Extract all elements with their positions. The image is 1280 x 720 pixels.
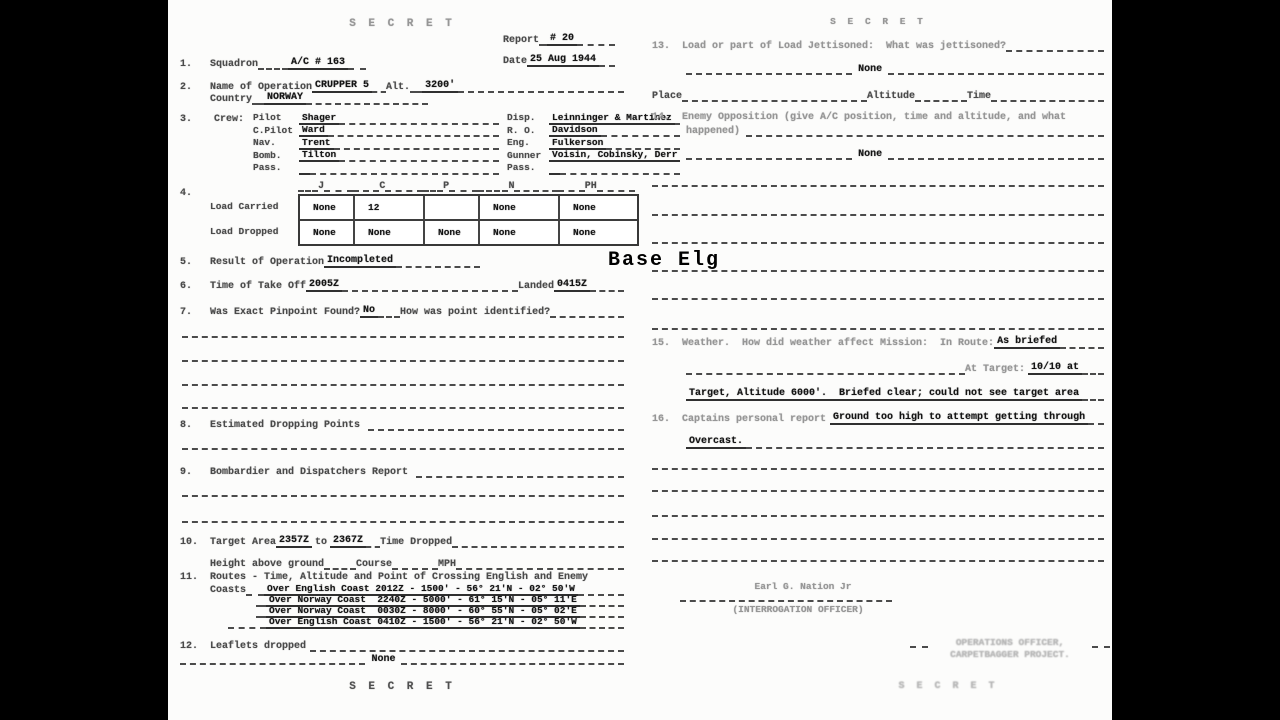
ruled-line [423,187,443,192]
field-target-area: 10. Target Area 2357Z to 2367Z Time Drop… [180,535,624,548]
ruled-line [368,426,624,431]
mission-report-form: S E C R E T S E C R E T Report # 20 Date… [168,0,1112,720]
signature-line [680,589,892,602]
blank-ruled-line [652,457,1104,470]
column-header: PH [585,181,597,192]
crew-name-cell: Trent [299,137,507,150]
ruled-line [1088,420,1104,425]
identified-label: How was point identified? [400,307,550,318]
ruled-line [182,492,624,497]
ruled-line [746,132,1104,137]
field-number: 15. [652,338,682,349]
result-value: Incompleted [324,255,396,268]
operations-officer-unit: CARPETBAGGER PROJECT. [910,649,1110,660]
ruled-line [680,597,892,602]
ruled-line [652,182,1104,187]
bombardier-label: Bombardier and Dispatchers Report [210,467,408,478]
crew-name: Trent [299,137,334,150]
routes-label: Routes - Time, Altitude and Point of Cro… [210,572,588,583]
crew-name-cell [299,162,507,175]
ruled-line [558,187,585,192]
jettisoned-none-line: None [686,62,1104,75]
field-result: 5. Result of Operation Incompleted [180,255,480,268]
country-label: Country [210,94,252,105]
crew-name: Shager [299,112,339,125]
field-dropping-points: 8. Estimated Dropping Points [180,418,624,431]
spacer [180,94,210,105]
at-target-value: 10/10 at [1028,362,1082,375]
jettisoned-value: None [852,64,888,75]
enemy-opposition-value: None [852,149,888,160]
ruled-line [888,155,1104,160]
field-routes: 11. Routes - Time, Altitude and Point of… [180,571,624,583]
ruled-line [514,187,558,192]
ruled-line [991,97,1104,102]
crew-name: Ward [299,124,328,137]
ruled-line [458,88,624,93]
field-number: 1. [180,59,210,70]
load-dropped-cell: None [300,221,355,244]
field-captains-report: 16. Captains personal report Ground too … [652,412,1104,425]
crew-table: Pilot Shager Disp. Leinninger & Martinez… [253,112,623,175]
ruled-line [539,41,547,46]
classification-top-left: S E C R E T [180,18,624,30]
field-number: 9. [180,467,210,478]
report-number-row: Report # 20 [503,33,615,46]
captains-report-label: Captains personal report [682,414,830,425]
field-number: 11. [180,572,210,583]
field-number: 6. [180,281,210,292]
ruled-line [182,445,624,450]
field-number: 5. [180,257,210,268]
blank-ruled-line [182,349,624,362]
time-label: Time [967,91,991,102]
load-dropped-cell: None [425,221,480,244]
load-carried-cell: None [560,196,637,221]
crew-name: Voisin, Cobinsky, Derr [549,149,680,162]
field-bombardier-report: 9. Bombardier and Dispatchers Report [180,465,624,478]
ruled-line [348,65,366,70]
blank-ruled-line [652,527,1104,540]
load-carried-cell: None [480,196,560,221]
crew-name [549,173,560,175]
route-line: Over English Coast 0410Z - 1500' - 56° 2… [228,617,624,629]
mph-label: MPH [438,559,456,570]
ruled-line [182,381,624,386]
field-jettisoned: 13. Load or part of Load Jettisoned: Wha… [652,39,1104,52]
load-carried-cell [425,196,480,221]
result-label: Result of Operation [210,257,324,268]
load-carried-label: Load Carried [210,201,278,212]
blank-ruled-line [182,325,624,338]
crew-name-cell [549,162,688,175]
blank-ruled-line [182,510,624,523]
ruled-line [686,70,852,75]
load-table-header: J C P N PH [298,180,635,192]
operations-officer-line: OPERATIONS OFFICER, [910,636,1110,648]
field-squadron: 1. Squadron A/C # 163 [180,57,410,70]
ruled-line [378,313,400,318]
ruled-line [1006,47,1104,52]
ruled-line [416,473,624,478]
load-carried-cell: None [300,196,355,221]
crew-name-cell: Voisin, Cobinsky, Derr [549,150,688,163]
ruled-line [180,660,365,665]
ruled-line [456,565,624,570]
field-weather: 15. Weather. How did weather affect Miss… [652,336,1104,349]
takeoff-label: Time of Take Off [210,281,306,292]
blank-ruled-line [652,203,1104,216]
course-label: Course [356,559,392,570]
classification-top-right: S E C R E T [652,16,1104,27]
crew-role: Disp. [507,112,549,125]
field-pinpoint: 7. Was Exact Pinpoint Found? No How was … [180,305,624,318]
crew-role: C.Pilot [253,125,299,138]
ruled-line [1082,396,1104,401]
ruled-line [324,187,353,192]
ruled-line [1082,370,1104,375]
ruled-line [478,187,508,192]
ruled-line [1060,344,1104,349]
squadron-value: A/C # 163 [288,57,348,70]
enemy-opposition-label: Enemy Opposition (give A/C position, tim… [682,112,1066,123]
ruled-line [888,70,1104,75]
ruled-line [353,187,379,192]
load-carried-cell: 12 [355,196,425,221]
field-number: 4. [180,188,192,199]
leaflets-label: Leaflets dropped [210,641,306,652]
happened-label: happened) [686,126,740,137]
crew-name: Davidson [549,124,601,137]
field-height-course: Height above ground Course MPH [210,557,624,570]
blank-ruled-line [652,317,1104,330]
crew-role: Pass. [253,162,299,175]
field-number: 8. [180,420,210,431]
ruled-line [652,239,1104,244]
field-number: 12. [180,641,210,652]
field-number: 10. [180,537,210,548]
target-condition-value: Target, Altitude 6000'. Briefed clear; c… [686,388,1082,401]
ruled-line [182,518,624,523]
scan-background: S E C R E T S E C R E T Report # 20 Date… [0,0,1280,720]
load-dropped-cell: None [355,221,425,244]
ruled-line [310,170,499,175]
crew-name [299,173,310,175]
crew-name-cell: Tilton [299,150,507,163]
interrogation-officer-title: (INTERROGATION OFFICER) [703,604,893,615]
ruled-line [597,187,635,192]
field-number: 3. [180,114,192,125]
landed-label: Landed [518,281,554,292]
ruled-line [599,62,615,67]
crew-role: Pass. [507,162,549,175]
weather-at-target-line: At Target: 10/10 at [686,362,1104,375]
captains-report-value: Ground too high to attempt getting throu… [830,412,1088,425]
crew-name-cell: Shager [299,112,507,125]
time-dropped-label: Time Dropped [380,537,452,548]
ruled-line [396,263,480,268]
to-label: to [315,537,327,548]
squadron-label: Squadron [210,59,258,70]
pinpoint-label: Was Exact Pinpoint Found? [210,307,360,318]
field-number: 7. [180,307,210,318]
enemy-none-line: None [686,147,1104,160]
ruled-line [746,444,1104,449]
field-enemy-opposition-cont: happened) [686,124,1104,137]
in-route-value: As briefed [994,336,1060,349]
ruled-line [452,543,624,548]
load-dropped-label: Load Dropped [210,226,278,237]
blank-ruled-line [652,549,1104,562]
crew-role: Pilot [253,112,299,125]
crew-label: Crew: [214,114,244,125]
target-from-value: 2357Z [276,535,312,548]
ruled-line [306,100,428,105]
ruled-line [652,487,1104,492]
ruled-line [686,155,852,160]
crew-role: Gunner [507,150,549,163]
landed-value: 0415Z [554,279,590,292]
coasts-label: Coasts [210,585,246,596]
blank-ruled-line [182,373,624,386]
ruled-line [910,643,928,648]
field-number: 16. [652,414,682,425]
ruled-line [652,512,1104,517]
ruled-line [652,465,1104,470]
dropping-points-label: Estimated Dropping Points [210,420,360,431]
ruled-line [682,97,867,102]
date-value: 25 Aug 1944 [527,54,599,67]
ruled-line [915,97,967,102]
weather-target-line: Target, Altitude 6000'. Briefed clear; c… [686,388,1104,401]
field-place-altitude-time: Place Altitude Time [652,89,1104,102]
height-label: Height above ground [210,559,324,570]
ruled-line [652,211,1104,216]
ruled-line [401,660,624,665]
blank-ruled-line [182,396,624,409]
blank-ruled-line [182,484,624,497]
ruled-line [449,187,478,192]
ruled-line [182,404,624,409]
load-dropped-cell: None [480,221,560,244]
ruled-line [324,565,356,570]
captains-report-cont: Overcast. [686,436,1104,449]
ruled-line [652,557,1104,562]
leaflets-value: None [365,654,401,665]
ruled-line [580,624,624,629]
ruled-line [652,325,1104,330]
crew-name: Tilton [299,149,339,162]
ruled-line [182,333,624,338]
captains-report-value2: Overcast. [686,436,746,449]
field-country: Country NORWAY [180,92,428,105]
ruled-line [342,287,518,292]
ruled-line [1092,643,1110,648]
base-annotation: Base Elg [608,249,720,272]
ruled-line [228,624,266,629]
blank-ruled-line [652,174,1104,187]
route-entry: Over English Coast 0410Z - 1500' - 56° 2… [266,616,580,629]
field-number: 14. [652,112,682,123]
crew-role: Bomb. [253,150,299,163]
ruled-line [298,187,318,192]
ruled-line [385,187,423,192]
crew-name-cell: Fulkerson [549,137,688,150]
blank-ruled-line [182,437,624,450]
crew-name-cell: Davidson [549,125,688,138]
ruled-line [252,100,264,105]
country-value: NORWAY [264,92,306,105]
crew-name: Fulkerson [549,137,606,150]
blank-ruled-line [652,287,1104,300]
takeoff-value: 2005Z [306,279,342,292]
ruled-line [366,543,380,548]
ruled-line [182,357,624,362]
classification-bottom-right: S E C R E T [808,681,1088,692]
field-number: 13. [652,41,682,52]
at-target-label: At Target: [965,364,1028,375]
classification-bottom-left: S E C R E T [180,681,624,693]
load-dropped-cell: None [560,221,637,244]
crew-name-cell: Ward [299,125,507,138]
ruled-line [550,313,624,318]
ruled-line [590,287,624,292]
report-number: # 20 [547,33,577,46]
ruled-line [652,295,1104,300]
target-area-label: Target Area [210,537,276,548]
field-enemy-opposition: 14. Enemy Opposition (give A/C position,… [652,111,1104,123]
load-table: None 12 None None None None None None No… [298,194,639,246]
weather-label: Weather. How did weather affect Mission:… [682,338,994,349]
ruled-line [652,535,1104,540]
date-label: Date [503,56,527,67]
ruled-line [258,65,288,70]
operations-officer-label: OPERATIONS OFFICER, [928,637,1092,648]
report-label: Report [503,35,539,46]
crew-role: R. O. [507,125,549,138]
ruled-line [577,41,615,46]
field-leaflets: 12. Leaflets dropped [180,639,624,652]
blank-ruled-line [652,504,1104,517]
report-date-row: Date 25 Aug 1944 [503,54,615,67]
ruled-line [686,370,965,375]
ruled-line [392,565,438,570]
leaflets-none-line: None [180,652,624,665]
field-takeoff: 6. Time of Take Off 2005Z Landed 0415Z [180,279,624,292]
crew-role: Nav. [253,137,299,150]
blank-ruled-line [652,479,1104,492]
target-to-value: 2367Z [330,535,366,548]
jettisoned-label: Load or part of Load Jettisoned: What wa… [682,41,1006,52]
place-label: Place [652,91,682,102]
pinpoint-value: No [360,305,378,318]
crew-role: Eng. [507,137,549,150]
blank-ruled-line [652,231,1104,244]
altitude-label: Altitude [867,91,915,102]
